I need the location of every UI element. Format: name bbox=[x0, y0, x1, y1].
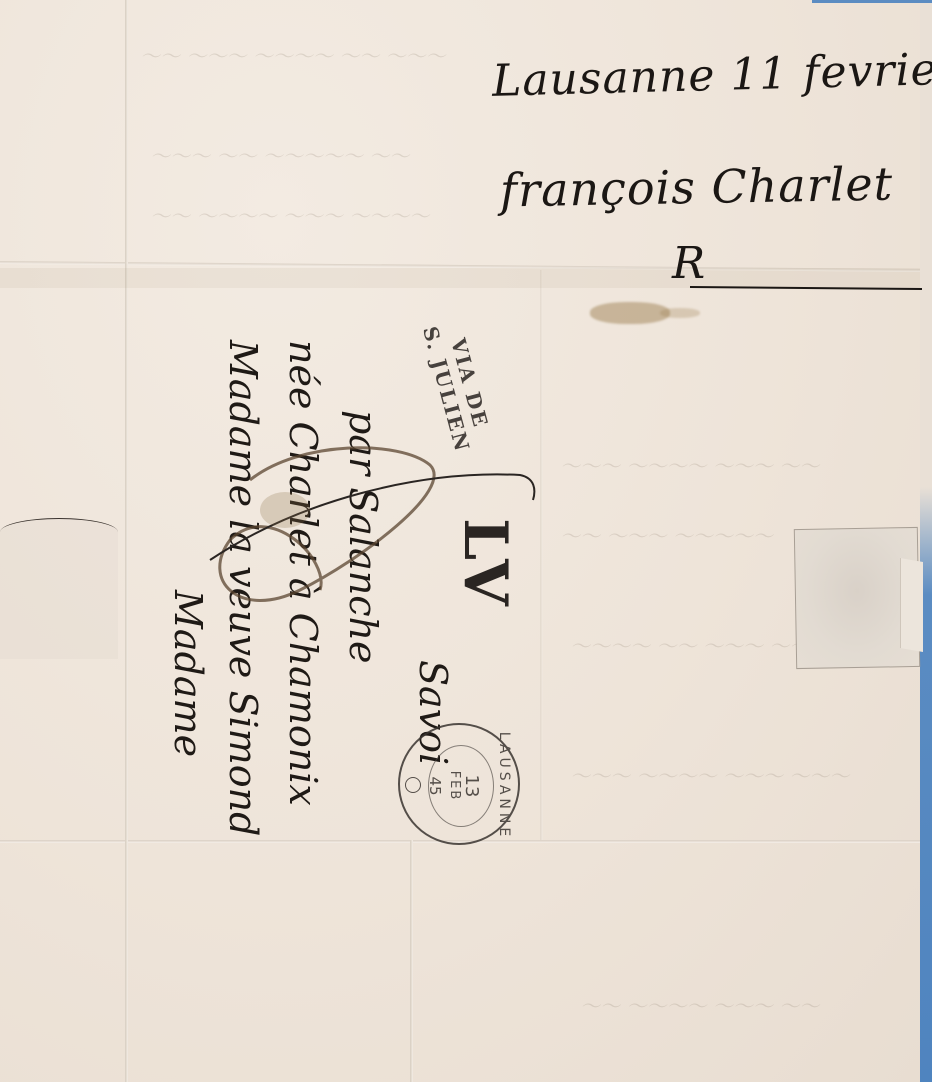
datestamp-month: FEB bbox=[447, 725, 462, 847]
datestamp-day: 13 bbox=[461, 725, 482, 847]
crest-icon bbox=[405, 777, 421, 793]
rate-marking bbox=[0, 0, 932, 1082]
seal-tear-left bbox=[0, 518, 118, 659]
datestamp-office: LAUSANNE bbox=[496, 725, 512, 847]
datestamp: LAUSANNE 13 FEB 45 bbox=[398, 723, 520, 845]
datestamp-year: 45 bbox=[426, 725, 444, 847]
paper-flap bbox=[900, 558, 923, 652]
